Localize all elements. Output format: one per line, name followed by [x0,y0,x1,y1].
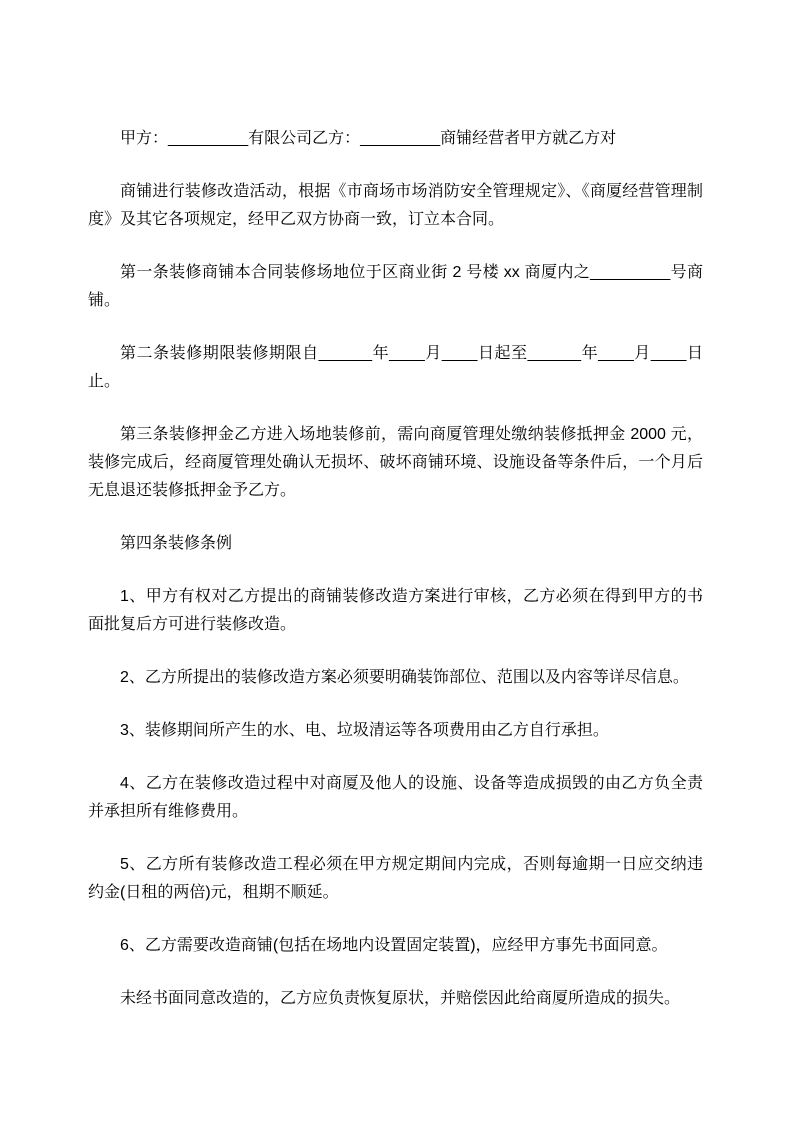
contract-body: 甲方：_________有限公司乙方：_________商铺经营者甲方就乙方对 … [88,125,703,1013]
clause-4-item-4: 4、乙方在装修改造过程中对商厦及他人的设施、设备等造成损毁的由乙方负全责并承担所… [88,770,703,826]
paragraph-parties-line: 甲方：_________有限公司乙方：_________商铺经营者甲方就乙方对 [88,125,703,153]
clause-4-item-3: 3、装修期间所产生的水、电、垃圾清运等各项费用由乙方自行承担。 [88,717,703,745]
paragraph-restoration-note: 未经书面同意改造的，乙方应负责恢复原状，并赔偿因此给商厦所造成的损失。 [88,985,703,1013]
clause-4-item-1: 1、甲方有权对乙方提出的商铺装修改造方案进行审核，乙方必须在得到甲方的书面批复后… [88,583,703,639]
clause-4-item-6: 6、乙方需要改造商铺(包括在场地内设置固定装置)，应经甲方事先书面同意。 [88,932,703,960]
clause-4-item-2: 2、乙方所提出的装修改造方案必须要明确装饰部位、范围以及内容等详尽信息。 [88,664,703,692]
paragraph-preamble: 商铺进行装修改造活动，根据《市商场市场消防安全管理规定》、《商厦经营管理制度》及… [88,178,703,234]
document-page: 甲方：_________有限公司乙方：_________商铺经营者甲方就乙方对 … [0,0,793,1122]
clause-2-duration: 第二条装修期限装修期限自______年____月____日起至______年__… [88,340,703,396]
clause-4-item-5: 5、乙方所有装修改造工程必须在甲方规定期间内完成，否则每逾期一日应交纳违约金(日… [88,851,703,907]
clause-3-deposit: 第三条装修押金乙方进入场地装修前，需向商厦管理处缴纳装修抵押金 2000 元，装… [88,421,703,505]
clause-1-location: 第一条装修商铺本合同装修场地位于区商业街 2 号楼 xx 商厦内之_______… [88,259,703,315]
clause-4-heading: 第四条装修条例 [88,530,703,558]
